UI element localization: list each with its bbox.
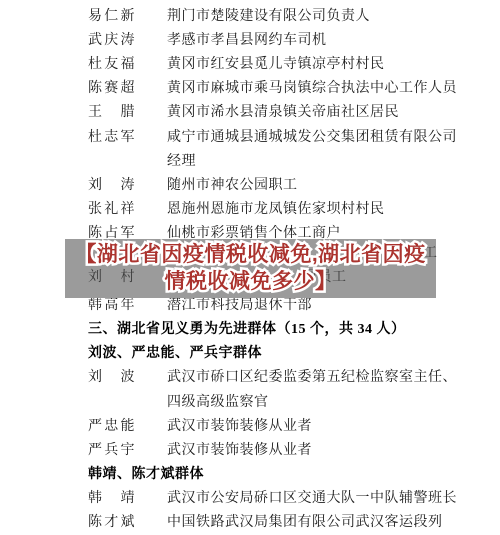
entry-row: 杜志军 咸宁市通城县通城城发公交集团租赁有限公司	[0, 123, 500, 147]
group-subheading: 刘波、严忠能、严兵宇群体	[88, 342, 262, 362]
person-desc: 武汉市公安局硚口区交通大队一中队辅警班长	[167, 487, 457, 507]
entry-row: 王 腊 黄冈市浠水县清泉镇关帝庙社区居民	[0, 99, 500, 123]
entry-continuation-row: 四级高级监察官	[0, 389, 500, 413]
banner-caption-line2: 情税收减免多少】 情税收减免多少】	[65, 268, 436, 295]
entry-row: 张礼祥 恩施州恩施市龙凤镇佐家坝村村民	[0, 196, 500, 220]
person-desc: 恩施州恩施市龙凤镇佐家坝村村民	[167, 198, 385, 218]
person-desc: 荆门市楚陵建设有限公司负责人	[167, 5, 370, 25]
person-desc-continued: 经理	[167, 150, 196, 170]
person-desc-continued: 四级高级监察官	[167, 391, 269, 411]
watermark-banner: 工 刘 村 司员工 【湖北省因疫情税收减免,湖北省因疫 【湖北省因疫情税收减免,…	[65, 239, 436, 298]
person-desc: 孝感市孝昌县网约车司机	[167, 29, 327, 49]
entry-continuation-row: 经理	[0, 148, 500, 172]
group-subheading: 韩靖、陈才斌群体	[88, 463, 204, 483]
person-name: 杜志军	[88, 126, 135, 146]
person-name: 张礼祥	[88, 198, 135, 218]
person-name: 武庆涛	[88, 29, 135, 49]
person-desc: 黄冈市红安县觅儿寺镇凉亭村村民	[167, 53, 385, 73]
person-name: 杜友福	[88, 53, 135, 73]
person-name: 陈才斌	[88, 511, 135, 531]
entry-row: 陈赛超 黄冈市麻城市乘马岗镇综合执法中心工作人员	[0, 75, 500, 99]
person-desc: 随州市神农公园职工	[167, 174, 298, 194]
person-desc: 中国铁路武汉局集团有限公司武汉客运段列	[167, 511, 443, 531]
person-desc: 武汉市装饰装修从业者	[167, 415, 312, 435]
person-desc: 黄冈市浠水县清泉镇关帝庙社区居民	[167, 101, 399, 121]
section-heading: 三、湖北省见义勇为先进群体（15 个，共 34 人）	[88, 318, 406, 338]
document-page: 易仁新 荆门市楚陵建设有限公司负责人 武庆涛 孝感市孝昌县网约车司机 杜友福 黄…	[0, 0, 500, 535]
entry-row: 刘 波 武汉市硚口区纪委监委第五纪检监察室主任、	[0, 364, 500, 388]
entry-row: 杜友福 黄冈市红安县觅儿寺镇凉亭村村民	[0, 51, 500, 75]
entry-row: 武庆涛 孝感市孝昌县网约车司机	[0, 27, 500, 51]
entry-row: 陈才斌 中国铁路武汉局集团有限公司武汉客运段列	[0, 509, 500, 533]
group-subheading-row: 韩靖、陈才斌群体	[0, 461, 500, 485]
banner-caption-line1: 【湖北省因疫情税收减免,湖北省因疫 【湖北省因疫情税收减免,湖北省因疫	[65, 241, 436, 268]
person-name: 韩 靖	[88, 487, 135, 507]
person-name: 刘 涛	[88, 174, 135, 194]
person-desc: 武汉市装饰装修从业者	[167, 439, 312, 459]
entry-row: 易仁新 荆门市楚陵建设有限公司负责人	[0, 3, 500, 27]
person-name: 严忠能	[88, 415, 135, 435]
section-heading-row: 三、湖北省见义勇为先进群体（15 个，共 34 人）	[0, 316, 500, 340]
person-name: 刘 波	[88, 366, 135, 386]
person-name: 王 腊	[88, 101, 135, 121]
person-desc: 黄冈市麻城市乘马岗镇综合执法中心工作人员	[167, 77, 457, 97]
group-subheading-row: 刘波、严忠能、严兵宇群体	[0, 340, 500, 364]
entry-row: 严忠能 武汉市装饰装修从业者	[0, 413, 500, 437]
person-desc: 武汉市硚口区纪委监委第五纪检监察室主任、	[167, 366, 457, 386]
person-name: 易仁新	[88, 5, 135, 25]
entry-row: 严兵宇 武汉市装饰装修从业者	[0, 437, 500, 461]
person-name: 严兵宇	[88, 439, 135, 459]
person-desc: 咸宁市通城县通城城发公交集团租赁有限公司	[167, 126, 457, 146]
person-name: 陈赛超	[88, 77, 135, 97]
entry-row: 韩 靖 武汉市公安局硚口区交通大队一中队辅警班长	[0, 485, 500, 509]
entry-row: 刘 涛 随州市神农公园职工	[0, 172, 500, 196]
banner-caption: 【湖北省因疫情税收减免,湖北省因疫 【湖北省因疫情税收减免,湖北省因疫 情税收减…	[65, 241, 436, 295]
